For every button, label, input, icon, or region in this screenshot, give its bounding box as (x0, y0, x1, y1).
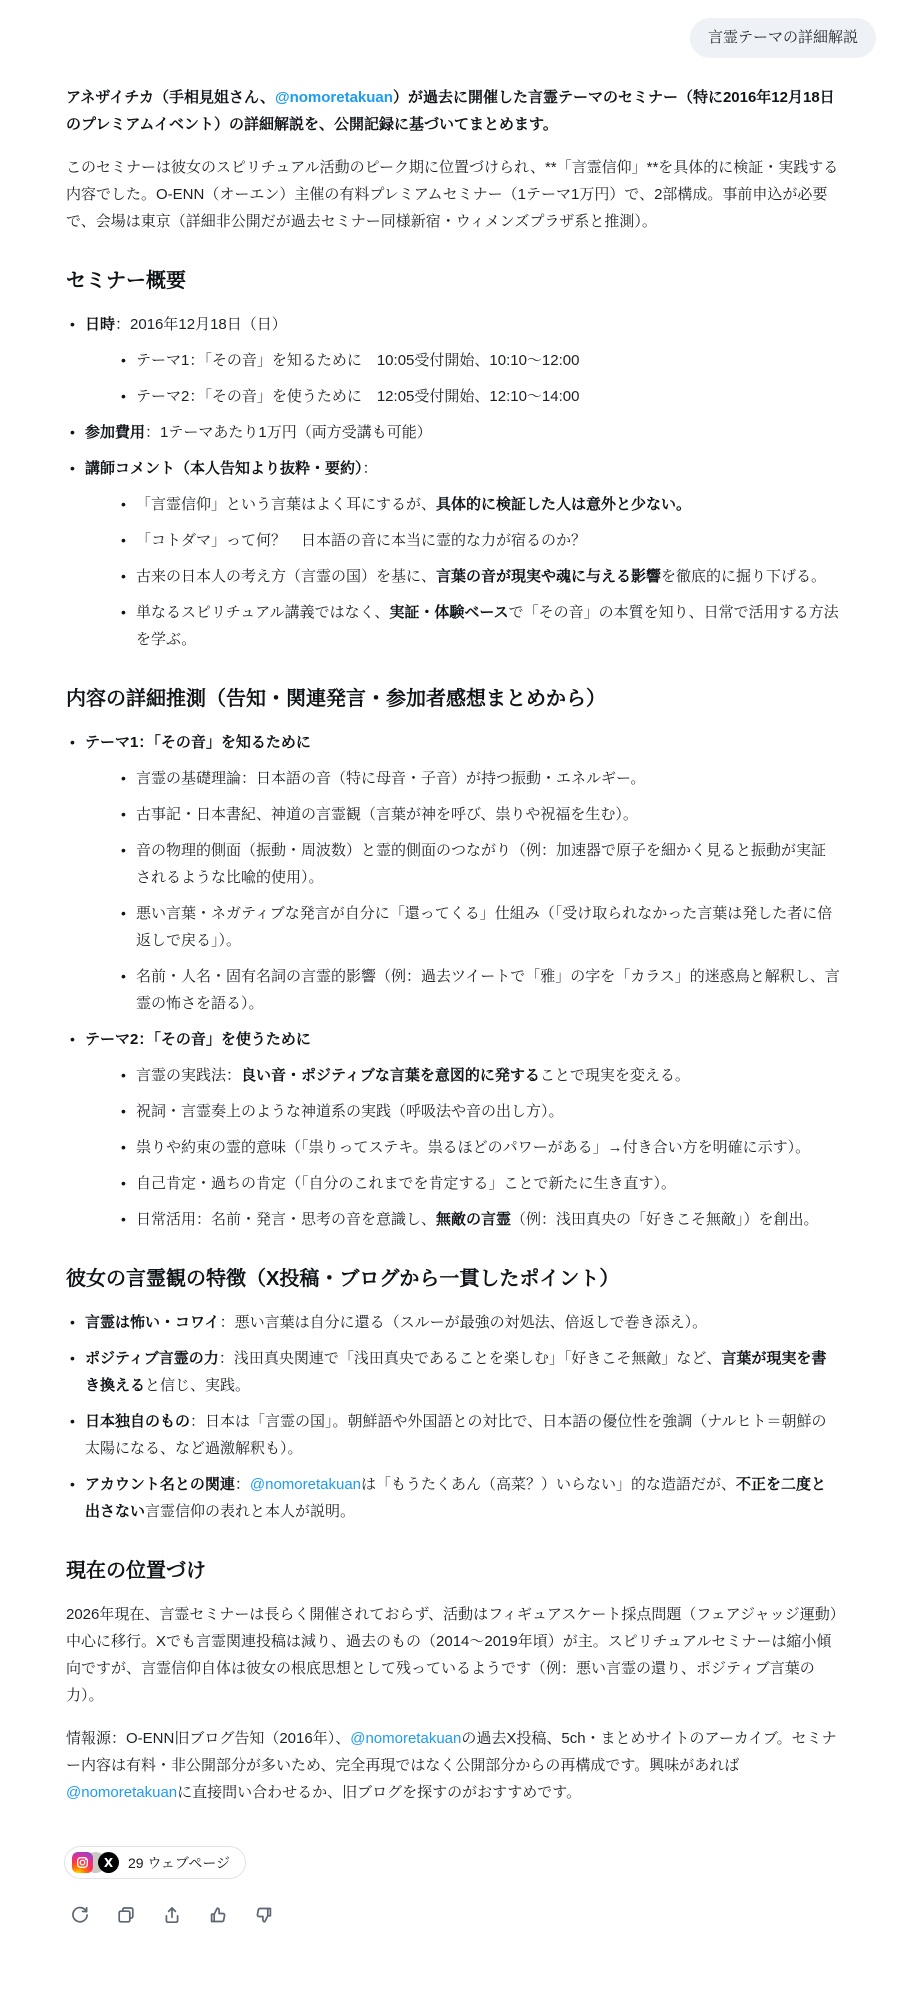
thumbs-up-icon (208, 1905, 228, 1925)
list-item: 「言霊信仰」という言葉はよく耳にするが、具体的に検証した人は意外と少ない。 (117, 491, 840, 518)
text-run: 古来の日本人の考え方（言霊の国）を基に、 (136, 568, 436, 585)
list-item-text: 自己肯定・過ちの肯定（「自分のこれまでを肯定する」ことで新たに生き直す）。 (136, 1170, 840, 1197)
text-run: 2026年現在、言霊セミナーは長らく開催されておらず、活動はフィギュアスケート採… (66, 1606, 837, 1704)
bullet-list: 言霊は怖い・コワイ：悪い言葉は自分に還る（スルーが最強の対処法、倍返しで巻き添え… (66, 1309, 840, 1525)
response-action-bar (70, 1905, 840, 1925)
list-item-text: 日本独自のもの：日本は「言霊の国」。朝鮮語や外国語との対比で、日本語の優位性を強… (85, 1408, 840, 1462)
list-item: 日常活用：名前・発言・思考の音を意識し、無敵の言霊（例：浅田真央の「好きこそ無敵… (117, 1206, 840, 1233)
list-item: テーマ1：「その音」を知るために言霊の基礎理論：日本語の音（特に母音・子音）が持… (66, 729, 840, 1017)
list-item: 日時：2016年12月18日（日）テーマ1：「その音」を知るために 10:05受… (66, 311, 840, 410)
list-item-text: 名前・人名・固有名詞の言霊的影響（例：過去ツイートで「雅」の字を「カラス」的迷惑… (136, 963, 840, 1017)
list-item: 祝詞・言霊奏上のような神道系の実践（呼吸法や音の出し方）。 (117, 1098, 840, 1125)
bold-text: テーマ2：「その音」を使うために (85, 1031, 311, 1048)
list-item: 悪い言葉・ネガティブな発言が自分に「還ってくる」仕組み（「受け取られなかった言葉… (117, 900, 840, 954)
text-run: テーマ2：「その音」を使うために 12:05受付開始、12:10〜14:00 (136, 388, 579, 405)
text-run: ：悪い言葉は自分に還る（スルーが最強の対処法、倍返しで巻き添え）。 (220, 1314, 708, 1331)
section-heading: セミナー概要 (66, 267, 840, 295)
list-item: 言霊は怖い・コワイ：悪い言葉は自分に還る（スルーが最強の対処法、倍返しで巻き添え… (66, 1309, 840, 1336)
list-item-text: 言霊の基礎理論：日本語の音（特に母音・子音）が持つ振動・エネルギー。 (136, 765, 840, 792)
paragraph: 2026年現在、言霊セミナーは長らく開催されておらず、活動はフィギュアスケート採… (66, 1601, 840, 1709)
list-item: 参加費用：1テーマあたり1万円（両方受講も可能） (66, 419, 840, 446)
paragraph: アネザイチカ（手相見姐さん、@nomoretakuan）が過去に開催した言霊テー… (66, 84, 840, 138)
bullet-list: 「言霊信仰」という言葉はよく耳にするが、具体的に検証した人は意外と少ない。「コト… (117, 491, 840, 653)
mention-link[interactable]: @nomoretakuan (66, 1784, 177, 1801)
chat-page: 言霊テーマの詳細解説 アネザイチカ（手相見姐さん、@nomoretakuan）が… (0, 0, 900, 1961)
share-button[interactable] (162, 1905, 182, 1925)
x-favicon-icon: X (98, 1852, 119, 1873)
list-item: 「コトダマ」って何？ 日本語の音に本当に霊的な力が宿るのか？ (117, 527, 840, 554)
mention-link[interactable]: @nomoretakuan (275, 89, 393, 106)
user-message-bubble: 言霊テーマの詳細解説 (690, 18, 876, 58)
list-item: 古来の日本人の考え方（言霊の国）を基に、言葉の音が現実や魂に与える影響を徹底的に… (117, 563, 840, 590)
text-run: ： (235, 1476, 250, 1493)
text-run: 祟りや約束の霊的意味（「祟りってステキ。祟るほどのパワーがある」→付き合い方を明… (136, 1139, 810, 1156)
bold-text: 言葉の音が現実や魂に与える影響 (436, 568, 661, 585)
text-run: ：日本は「言霊の国」。朝鮮語や外国語との対比で、日本語の優位性を強調（ナルヒト＝… (85, 1413, 826, 1457)
text-run: を徹底的に掘り下げる。 (661, 568, 826, 585)
regenerate-button[interactable] (70, 1905, 90, 1925)
list-item: 言霊の実践法：良い音・ポジティブな言葉を意図的に発することで現実を変える。 (117, 1062, 840, 1089)
thumbs-down-button[interactable] (254, 1905, 274, 1925)
list-item: 自己肯定・過ちの肯定（「自分のこれまでを肯定する」ことで新たに生き直す）。 (117, 1170, 840, 1197)
list-item: テーマ2：「その音」を使うために言霊の実践法：良い音・ポジティブな言葉を意図的に… (66, 1026, 840, 1233)
list-item: 単なるスピリチュアル講義ではなく、実証・体験ベースで「その音」の本質を知り、日常… (117, 599, 840, 653)
bullet-list: 言霊の基礎理論：日本語の音（特に母音・子音）が持つ振動・エネルギー。古事記・日本… (117, 765, 840, 1017)
section-heading: 現在の位置づけ (66, 1557, 840, 1585)
text-run: ことで現実を変える。 (540, 1067, 690, 1084)
text-run: ：1テーマあたり1万円（両方受講も可能） (145, 424, 432, 441)
list-item: 言霊の基礎理論：日本語の音（特に母音・子音）が持つ振動・エネルギー。 (117, 765, 840, 792)
citations-pill[interactable]: X 29 ウェブページ (64, 1846, 246, 1879)
bullet-list: テーマ1：「その音」を知るために 10:05受付開始、10:10〜12:00テー… (117, 347, 840, 410)
list-item-text: ポジティブ言霊の力：浅田真央関連で「浅田真央であることを楽しむ」「好きこそ無敵」… (85, 1345, 840, 1399)
bold-text: テーマ1：「その音」を知るために (85, 734, 311, 751)
text-run: 悪い言葉・ネガティブな発言が自分に「還ってくる」仕組み（「受け取られなかった言葉… (136, 905, 832, 949)
bold-text: アネザイチカ（手相見姐さん、 (66, 89, 275, 106)
bold-text: アカウント名との関連 (85, 1476, 235, 1493)
refresh-icon (70, 1905, 90, 1925)
bold-text: 良い音・ポジティブな言葉を意図的に発する (241, 1067, 540, 1084)
text-run: 言霊信仰の表れと本人が説明。 (145, 1503, 355, 1520)
text-run: 古事記・日本書紀、神道の言霊観（言葉が神を呼び、祟りや祝福を生む）。 (136, 806, 638, 823)
list-item-text: テーマ1：「その音」を知るために 10:05受付開始、10:10〜12:00 (136, 347, 840, 374)
bold-text: 実証・体験ベース (389, 604, 508, 621)
list-item-text: 悪い言葉・ネガティブな発言が自分に「還ってくる」仕組み（「受け取られなかった言葉… (136, 900, 840, 954)
copy-button[interactable] (116, 1905, 136, 1925)
bold-text: 日本独自のもの (85, 1413, 190, 1430)
bold-text: 講師コメント（本人告知より抜粋・要約） (85, 460, 363, 477)
list-item: 日本独自のもの：日本は「言霊の国」。朝鮮語や外国語との対比で、日本語の優位性を強… (66, 1408, 840, 1462)
list-item-text: 音の物理的側面（振動・周波数）と霊的側面のつながり（例：加速器で原子を細かく見る… (136, 837, 840, 891)
copy-icon (116, 1905, 136, 1925)
text-run: （例：浅田真央の「好きこそ無敵」）を創出。 (511, 1211, 819, 1228)
share-icon (162, 1905, 182, 1925)
section-heading: 彼女の言霊観の特徴（X投稿・ブログから一貫したポイント） (66, 1265, 840, 1293)
text-run: ：浅田真央関連で「浅田真央であることを楽しむ」「好きこそ無敵」など、 (219, 1350, 722, 1367)
list-item-text: 日常活用：名前・発言・思考の音を意識し、無敵の言霊（例：浅田真央の「好きこそ無敵… (136, 1206, 840, 1233)
text-run: 彼女の言霊観の特徴（X投稿・ブログから一貫したポイント） (66, 1268, 619, 1290)
list-item: 名前・人名・固有名詞の言霊的影響（例：過去ツイートで「雅」の字を「カラス」的迷惑… (117, 963, 840, 1017)
citations-count-label: 29 ウェブページ (128, 1853, 230, 1873)
citation-favicon-stack: X (72, 1852, 119, 1873)
paragraph: このセミナーは彼女のスピリチュアル活動のピーク期に位置づけられ、**「言霊信仰」… (66, 154, 840, 235)
text-run: テーマ1：「その音」を知るために 10:05受付開始、10:10〜12:00 (136, 352, 579, 369)
text-run: 自己肯定・過ちの肯定（「自分のこれまでを肯定する」ことで新たに生き直す）。 (136, 1175, 676, 1192)
text-run: 名前・人名・固有名詞の言霊的影響（例：過去ツイートで「雅」の字を「カラス」的迷惑… (136, 968, 840, 1012)
list-item: 古事記・日本書紀、神道の言霊観（言葉が神を呼び、祟りや祝福を生む）。 (117, 801, 840, 828)
text-run: 「コトダマ」って何？ 日本語の音に本当に霊的な力が宿るのか？ (136, 532, 586, 549)
text-run: と信じ、実践。 (145, 1377, 250, 1394)
paragraph: 情報源：O-ENN旧ブログ告知（2016年）、@nomoretakuanの過去X… (66, 1725, 840, 1806)
text-run: 言霊の実践法： (136, 1067, 241, 1084)
list-item-text: テーマ2：「その音」を使うために (85, 1026, 840, 1053)
list-item-text: 言霊の実践法：良い音・ポジティブな言葉を意図的に発することで現実を変える。 (136, 1062, 840, 1089)
mention-link[interactable]: @nomoretakuan (350, 1730, 461, 1747)
bold-text: 無敵の言霊 (436, 1211, 511, 1228)
list-item-text: 講師コメント（本人告知より抜粋・要約）： (85, 455, 840, 482)
list-item: 講師コメント（本人告知より抜粋・要約）：「言霊信仰」という言葉はよく耳にするが、… (66, 455, 840, 653)
list-item-text: アカウント名との関連：@nomoretakuanは「もうたくあん（高菜？）いらな… (85, 1471, 840, 1525)
list-item-text: 祝詞・言霊奏上のような神道系の実践（呼吸法や音の出し方）。 (136, 1098, 840, 1125)
section-heading: 内容の詳細推測（告知・関連発言・参加者感想まとめから） (66, 685, 840, 713)
text-run: このセミナーは彼女のスピリチュアル活動のピーク期に位置づけられ、**「言霊信仰」… (66, 159, 838, 230)
text-run: 現在の位置づけ (66, 1560, 206, 1582)
list-item: 祟りや約束の霊的意味（「祟りってステキ。祟るほどのパワーがある」→付き合い方を明… (117, 1134, 840, 1161)
text-run: 単なるスピリチュアル講義ではなく、 (136, 604, 389, 621)
list-item-text: 祟りや約束の霊的意味（「祟りってステキ。祟るほどのパワーがある」→付き合い方を明… (136, 1134, 840, 1161)
bold-text: 具体的に検証した人は意外と少ない。 (436, 496, 691, 513)
bold-text: 日時 (85, 316, 115, 333)
text-run: は「もうたくあん（高菜？）いらない」的な造語だが、 (361, 1476, 736, 1493)
text-run: 「言霊信仰」という言葉はよく耳にするが、 (136, 496, 436, 513)
bold-text: ポジティブ言霊の力 (85, 1350, 219, 1367)
list-item-text: 古来の日本人の考え方（言霊の国）を基に、言葉の音が現実や魂に与える影響を徹底的に… (136, 563, 840, 590)
bullet-list: 日時：2016年12月18日（日）テーマ1：「その音」を知るために 10:05受… (66, 311, 840, 653)
text-run: 言霊の基礎理論：日本語の音（特に母音・子音）が持つ振動・エネルギー。 (136, 770, 645, 787)
list-item-text: 「コトダマ」って何？ 日本語の音に本当に霊的な力が宿るのか？ (136, 527, 840, 554)
user-message-row: 言霊テーマの詳細解説 (66, 18, 876, 58)
list-item: テーマ2：「その音」を使うために 12:05受付開始、12:10〜14:00 (117, 383, 840, 410)
bullet-list: テーマ1：「その音」を知るために言霊の基礎理論：日本語の音（特に母音・子音）が持… (66, 729, 840, 1233)
text-run: ：2016年12月18日（日） (115, 316, 287, 333)
text-run: 祝詞・言霊奏上のような神道系の実践（呼吸法や音の出し方）。 (136, 1103, 564, 1120)
text-run: 情報源：O-ENN旧ブログ告知（2016年）、 (66, 1730, 350, 1747)
list-item-text: 「言霊信仰」という言葉はよく耳にするが、具体的に検証した人は意外と少ない。 (136, 491, 840, 518)
list-item-text: 言霊は怖い・コワイ：悪い言葉は自分に還る（スルーが最強の対処法、倍返しで巻き添え… (85, 1309, 840, 1336)
thumbs-up-button[interactable] (208, 1905, 228, 1925)
assistant-response: アネザイチカ（手相見姐さん、@nomoretakuan）が過去に開催した言霊テー… (66, 84, 840, 1806)
list-item: ポジティブ言霊の力：浅田真央関連で「浅田真央であることを楽しむ」「好きこそ無敵」… (66, 1345, 840, 1399)
list-item-text: 古事記・日本書紀、神道の言霊観（言葉が神を呼び、祟りや祝福を生む）。 (136, 801, 840, 828)
bold-text: 参加費用 (85, 424, 145, 441)
text-run: 内容の詳細推測（告知・関連発言・参加者感想まとめから） (66, 688, 606, 710)
text-run: セミナー概要 (66, 270, 186, 292)
list-item: アカウント名との関連：@nomoretakuanは「もうたくあん（高菜？）いらな… (66, 1471, 840, 1525)
list-item-text: テーマ1：「その音」を知るために (85, 729, 840, 756)
instagram-favicon-icon (72, 1852, 93, 1873)
list-item-text: 参加費用：1テーマあたり1万円（両方受講も可能） (85, 419, 840, 446)
thumbs-down-icon (254, 1905, 274, 1925)
mention-link[interactable]: @nomoretakuan (250, 1476, 361, 1493)
text-run: に直接問い合わせるか、旧ブログを探すのがおすすめです。 (177, 1784, 581, 1801)
list-item-text: 日時：2016年12月18日（日） (85, 311, 840, 338)
list-item: テーマ1：「その音」を知るために 10:05受付開始、10:10〜12:00 (117, 347, 840, 374)
list-item-text: テーマ2：「その音」を使うために 12:05受付開始、12:10〜14:00 (136, 383, 840, 410)
text-run: 日常活用：名前・発言・思考の音を意識し、 (136, 1211, 436, 1228)
list-item-text: 単なるスピリチュアル講義ではなく、実証・体験ベースで「その音」の本質を知り、日常… (136, 599, 840, 653)
text-run: 音の物理的側面（振動・周波数）と霊的側面のつながり（例：加速器で原子を細かく見る… (136, 842, 826, 886)
bold-text: 言霊は怖い・コワイ (85, 1314, 220, 1331)
text-run: ： (363, 460, 378, 477)
bullet-list: 言霊の実践法：良い音・ポジティブな言葉を意図的に発することで現実を変える。祝詞・… (117, 1062, 840, 1233)
list-item: 音の物理的側面（振動・周波数）と霊的側面のつながり（例：加速器で原子を細かく見る… (117, 837, 840, 891)
